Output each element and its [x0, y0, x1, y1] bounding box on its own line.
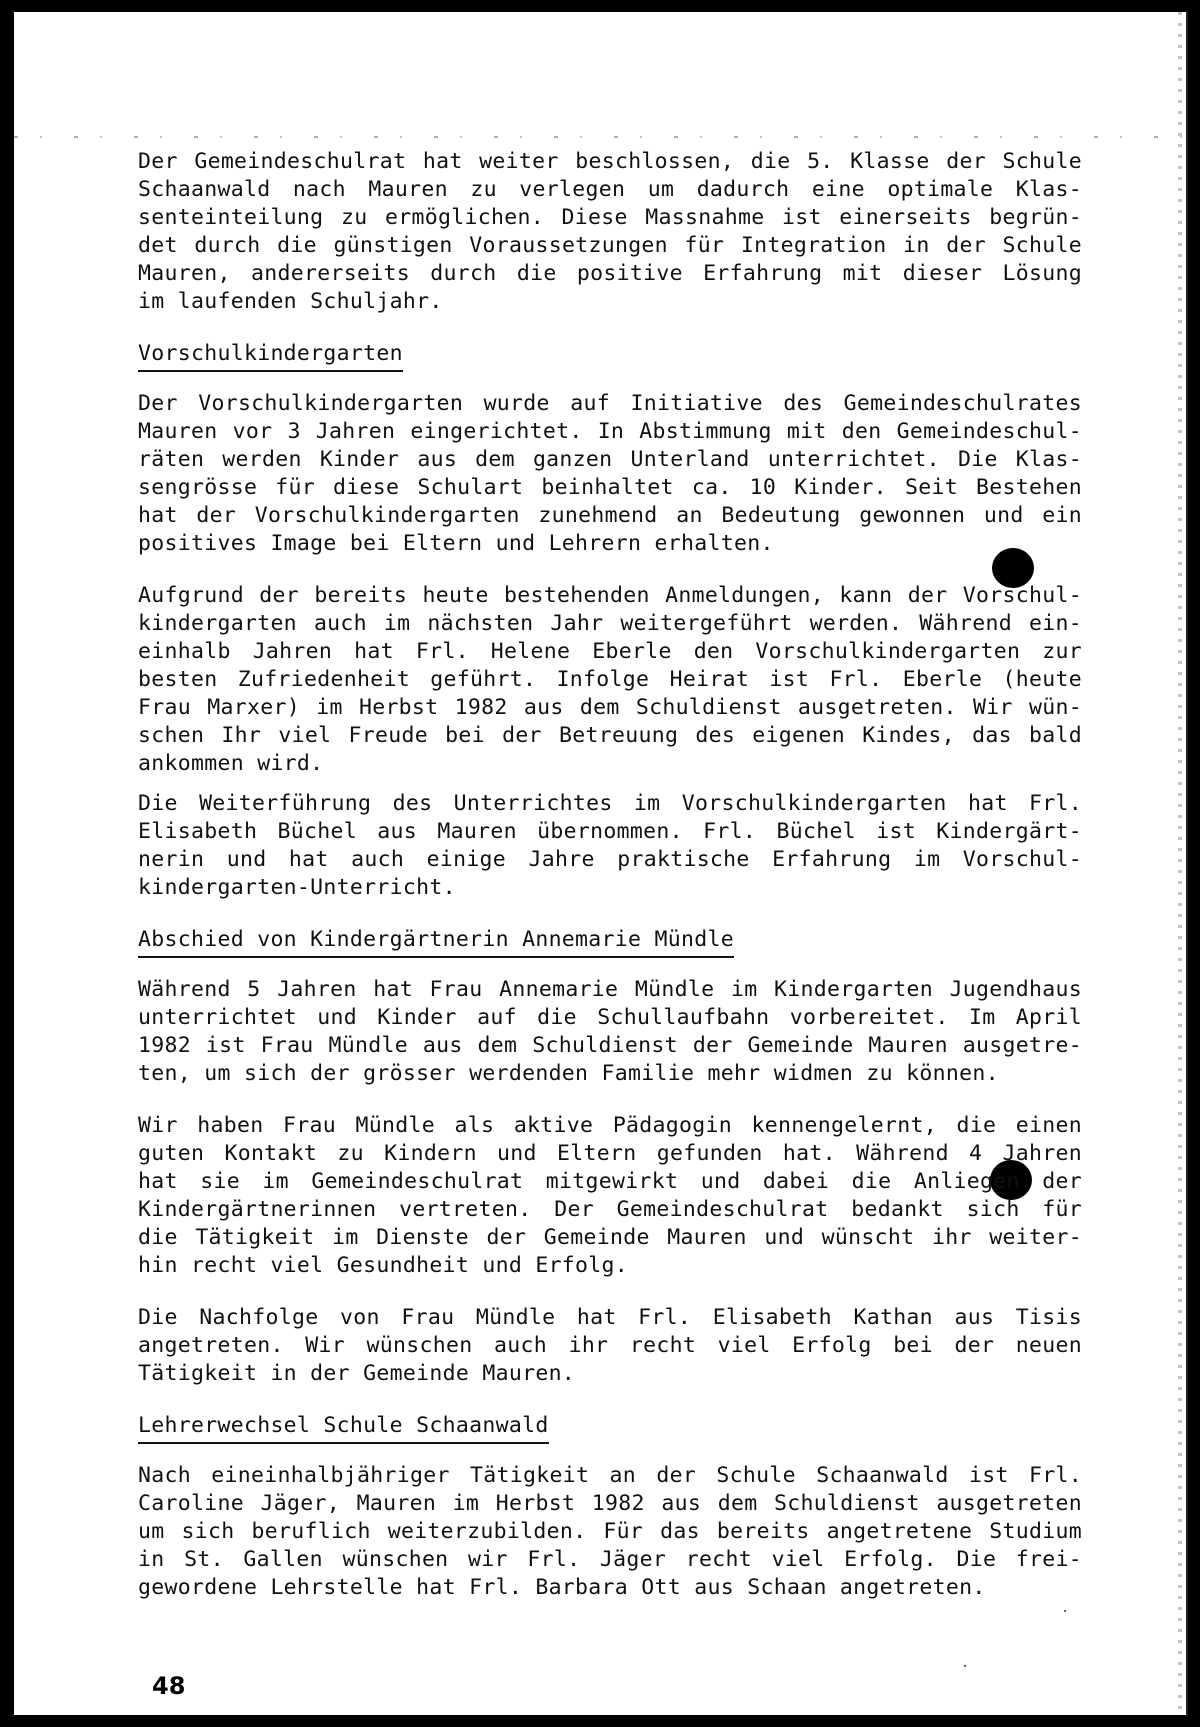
text-line: gewordene Lehrstelle hat Frl. Barbara Ot… — [138, 1574, 1082, 1602]
text-line: Frau Marxer) im Herbst 1982 aus dem Schu… — [138, 694, 1082, 722]
scanned-page: Der Gemeindeschulrat hat weiter beschlos… — [14, 12, 1188, 1715]
text-line: in St. Gallen wünschen wir Frl. Jäger re… — [138, 1546, 1082, 1574]
text-line: 1982 ist Frau Mündle aus dem Schuldienst… — [138, 1032, 1082, 1060]
text-line: Der Gemeindeschulrat hat weiter beschlos… — [138, 148, 1082, 176]
text-line: angetreten. Wir wünschen auch ihr recht … — [138, 1332, 1082, 1360]
text-line: hin recht viel Gesundheit und Erfolg. — [138, 1252, 1082, 1280]
text-line: Der Vorschulkindergarten wurde auf Initi… — [138, 390, 1082, 418]
page-number: 48 — [152, 1672, 185, 1700]
text-line: die Tätigkeit im Dienste der Gemeinde Ma… — [138, 1224, 1082, 1252]
section-heading: Lehrerwechsel Schule Schaanwald — [138, 1412, 549, 1444]
section-vorschulkindergarten: Vorschulkindergarten Der Vorschulkinderg… — [138, 340, 1082, 902]
scan-edge-artifact — [1178, 12, 1182, 1715]
text-line: ankommen wird. — [138, 750, 1082, 778]
text-line: Aufgrund der bereits heute bestehenden A… — [138, 582, 1082, 610]
text-line: Die Nachfolge von Frau Mündle hat Frl. E… — [138, 1304, 1082, 1332]
text-line: einhalb Jahren hat Frl. Helene Eberle de… — [138, 638, 1082, 666]
text-line: unterrichtet und Kinder auf die Schullau… — [138, 1004, 1082, 1032]
text-line: Mauren vor 3 Jahren eingerichtet. In Abs… — [138, 418, 1082, 446]
text-line: Kindergärtnerinnen vertreten. Der Gemein… — [138, 1196, 1082, 1224]
paragraph: Die Nachfolge von Frau Mündle hat Frl. E… — [138, 1304, 1082, 1388]
section-heading: Vorschulkindergarten — [138, 340, 403, 372]
text-line: Elisabeth Büchel aus Mauren übernommen. … — [138, 818, 1082, 846]
paragraph: Der Gemeindeschulrat hat weiter beschlos… — [138, 148, 1082, 316]
text-line: hat sie im Gemeindeschulrat mitgewirkt u… — [138, 1168, 1082, 1196]
section-intro: Der Gemeindeschulrat hat weiter beschlos… — [138, 148, 1082, 316]
paragraph: Während 5 Jahren hat Frau Annemarie Münd… — [138, 976, 1082, 1088]
text-line: Schaanwald nach Mauren zu verlegen um da… — [138, 176, 1082, 204]
text-line: ten, um sich der grösser werdenden Famil… — [138, 1060, 1082, 1088]
scan-speck — [1064, 1610, 1066, 1612]
text-line: positives Image bei Eltern und Lehrern e… — [138, 530, 1082, 558]
text-line: kindergarten auch im nächsten Jahr weite… — [138, 610, 1082, 638]
text-line: sengrösse für diese Schulart beinhaltet … — [138, 474, 1082, 502]
text-line: schen Ihr viel Freude bei der Betreuung … — [138, 722, 1082, 750]
text-line: räten werden Kinder aus dem ganzen Unter… — [138, 446, 1082, 474]
paragraph: Wir haben Frau Mündle als aktive Pädagog… — [138, 1112, 1082, 1280]
paragraph: Die Weiterführung des Unterrichtes im Vo… — [138, 790, 1082, 902]
text-line: um sich beruflich weiterzubilden. Für da… — [138, 1518, 1082, 1546]
text-line: nerin und hat auch einige Jahre praktisc… — [138, 846, 1082, 874]
text-line: Während 5 Jahren hat Frau Annemarie Münd… — [138, 976, 1082, 1004]
text-line: hat der Vorschulkindergarten zunehmend a… — [138, 502, 1082, 530]
text-line: Mauren, andererseits durch die positive … — [138, 260, 1082, 288]
text-line: Caroline Jäger, Mauren im Herbst 1982 au… — [138, 1490, 1082, 1518]
document-body: Der Gemeindeschulrat hat weiter beschlos… — [138, 148, 1082, 1602]
section-lehrerwechsel: Lehrerwechsel Schule Schaanwald Nach ein… — [138, 1412, 1082, 1602]
text-line: kindergarten-Unterricht. — [138, 874, 1082, 902]
scan-artifact-line — [14, 136, 1184, 138]
text-line: guten Kontakt zu Kindern und Eltern gefu… — [138, 1140, 1082, 1168]
text-line: senteinteilung zu ermöglichen. Diese Mas… — [138, 204, 1082, 232]
text-line: besten Zufriedenheit geführt. Infolge He… — [138, 666, 1082, 694]
paragraph: Der Vorschulkindergarten wurde auf Initi… — [138, 390, 1082, 558]
scan-speck — [964, 1665, 966, 1667]
section-heading: Abschied von Kindergärtnerin Annemarie M… — [138, 926, 734, 958]
text-line: Nach eineinhalbjähriger Tätigkeit an der… — [138, 1462, 1082, 1490]
text-line: Wir haben Frau Mündle als aktive Pädagog… — [138, 1112, 1082, 1140]
text-line: Die Weiterführung des Unterrichtes im Vo… — [138, 790, 1082, 818]
text-line: Tätigkeit in der Gemeinde Mauren. — [138, 1360, 1082, 1388]
section-abschied-muendle: Abschied von Kindergärtnerin Annemarie M… — [138, 926, 1082, 1388]
text-line: im laufenden Schuljahr. — [138, 288, 1082, 316]
text-line: det durch die günstigen Voraussetzungen … — [138, 232, 1082, 260]
paragraph: Aufgrund der bereits heute bestehenden A… — [138, 582, 1082, 778]
paragraph: Nach eineinhalbjähriger Tätigkeit an der… — [138, 1462, 1082, 1602]
